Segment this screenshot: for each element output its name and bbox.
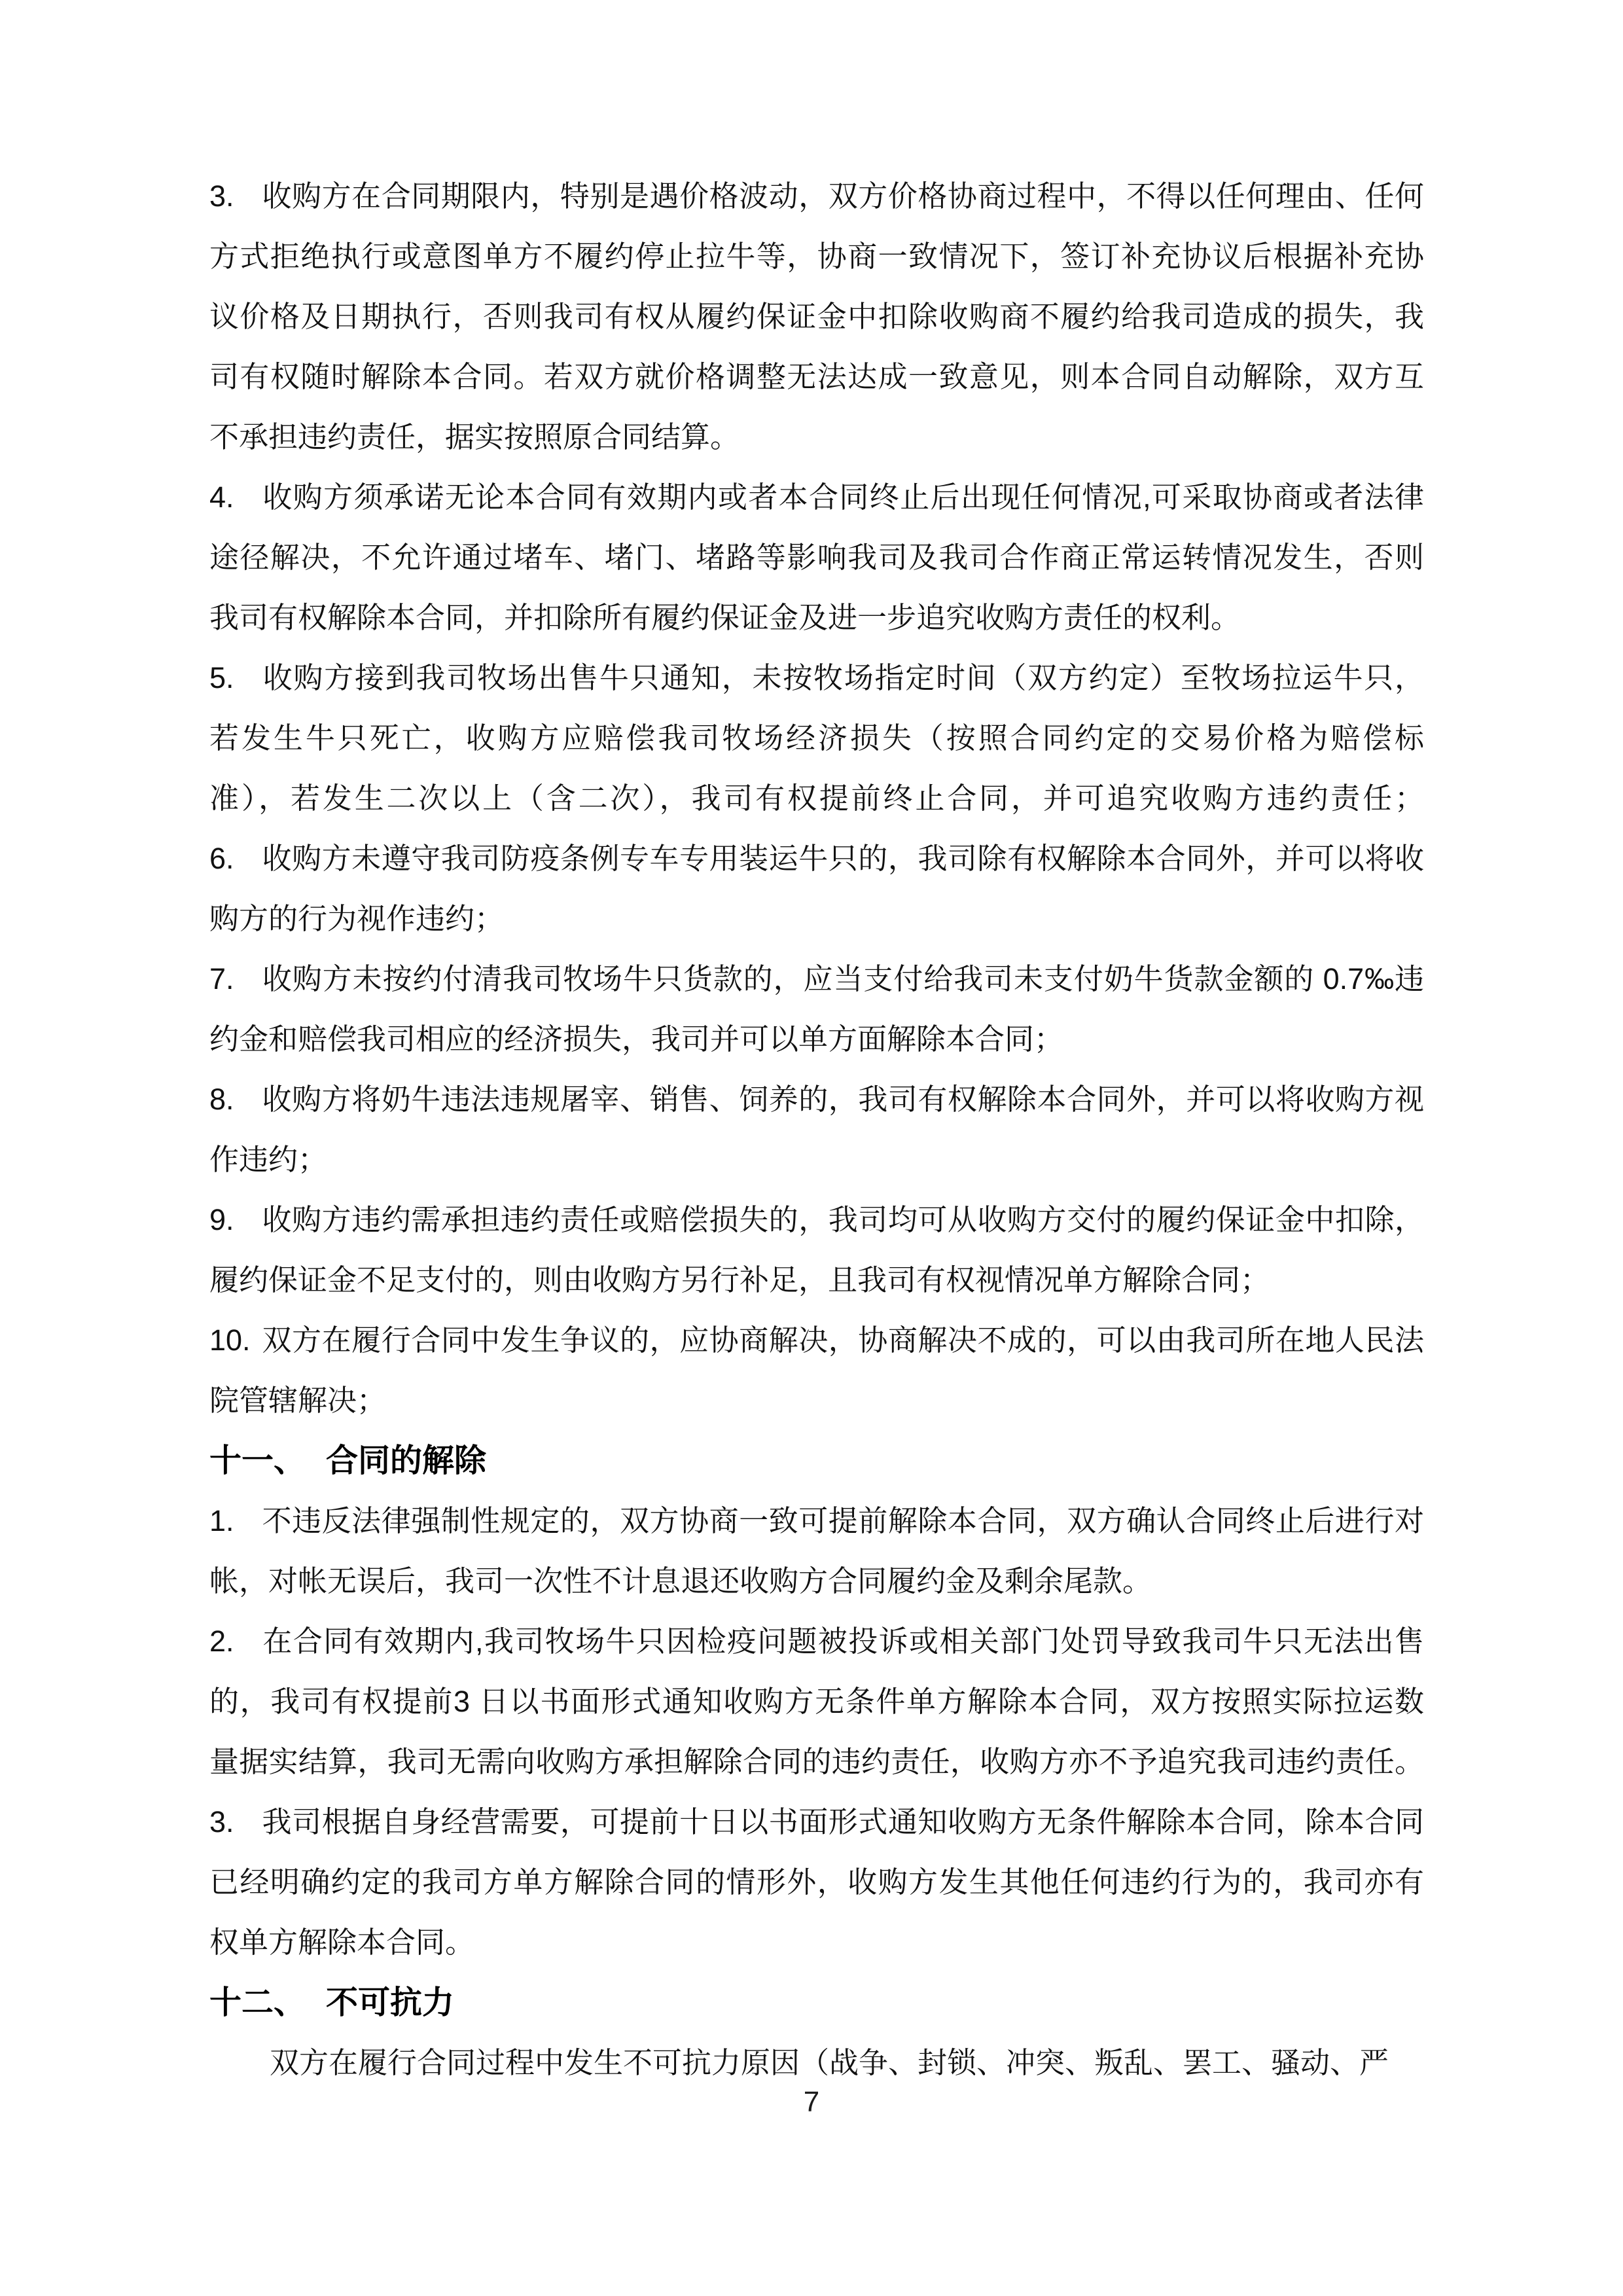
line-text: 不违反法律强制性规定的，双方协商一致可提前解除本合同，双方确认合同终止后进行对	[262, 1504, 1424, 1537]
line-text: 收购方在合同期限内，特别是遇价格波动，双方价格协商过程中，不得以任何理由、任何	[262, 179, 1424, 213]
text-line: 作违约；	[209, 1130, 1424, 1190]
line-text: 准），若发生二次以上（含二次），我司有权提前终止合同，并可追究收购方违约责任；	[209, 781, 1424, 815]
text-line: 4.收购方须承诺无论本合同有效期内或者本合同终止后出现任何情况,可采取协商或者法…	[209, 467, 1424, 528]
text-line: 1.不违反法律强制性规定的，双方协商一致可提前解除本合同，双方确认合同终止后进行…	[209, 1491, 1424, 1551]
list-number: 4.	[209, 467, 262, 528]
text-line: 6.收购方未遵守我司防疫条例专车专用装运牛只的，我司除有权解除本合同外，并可以将…	[209, 829, 1424, 889]
section-heading: 十二、不可抗力	[209, 1973, 1424, 2033]
text-line: 准），若发生二次以上（含二次），我司有权提前终止合同，并可追究收购方违约责任；	[209, 768, 1424, 829]
text-line: 司有权随时解除本合同。若双方就价格调整无法达成一致意见，则本合同自动解除，双方互	[209, 347, 1424, 407]
line-text: 已经明确约定的我司方单方解除合同的情形外，收购方发生其他任何违约行为的，我司亦有	[209, 1865, 1424, 1899]
line-text: 收购方将奶牛违法违规屠宰、销售、饲养的，我司有权解除本合同外，并可以将收购方视	[262, 1083, 1424, 1116]
text-line: 的，我司有权提前3 日以书面形式通知收购方无条件单方解除本合同，双方按照实际拉运…	[209, 1672, 1424, 1732]
line-text: 收购方未遵守我司防疫条例专车专用装运牛只的，我司除有权解除本合同外，并可以将收	[262, 842, 1424, 875]
line-text: 双方在履行合同过程中发生不可抗力原因（战争、封锁、冲突、叛乱、罢工、骚动、严	[270, 2046, 1389, 2079]
contract-document-page: 3.收购方在合同期限内，特别是遇价格波动，双方价格协商过程中，不得以任何理由、任…	[0, 0, 1623, 2296]
heading-number: 十二、	[209, 1973, 326, 2033]
text-line: 10.双方在履行合同中发生争议的，应协商解决，协商解决不成的，可以由我司所在地人…	[209, 1310, 1424, 1371]
line-text: 在合同有效期内,我司牧场牛只因检疫问题被投诉或相关部门处罚导致我司牛只无法出售	[262, 1624, 1424, 1658]
list-number: 5.	[209, 648, 262, 708]
text-line: 约金和赔偿我司相应的经济损失，我司并可以单方面解除本合同；	[209, 1009, 1424, 1069]
line-text: 双方在履行合同中发生争议的，应协商解决，协商解决不成的，可以由我司所在地人民法	[262, 1323, 1424, 1357]
line-text: 我司有权解除本合同，并扣除所有履约保证金及进一步追究收购方责任的权利。	[209, 601, 1240, 634]
line-text: 方式拒绝执行或意图单方不履约停止拉牛等，协商一致情况下，签订补充协议后根据补充协	[209, 240, 1424, 273]
line-text: 不承担违约责任，据实按照原合同结算。	[209, 420, 740, 454]
list-number: 3.	[209, 166, 262, 226]
text-line: 9.收购方违约需承担违约责任或赔偿损失的，我司均可从收购方交付的履约保证金中扣除…	[209, 1190, 1424, 1250]
line-text: 我司根据自身经营需要，可提前十日以书面形式通知收购方无条件解除本合同，除本合同	[262, 1805, 1424, 1839]
list-number: 10.	[209, 1310, 262, 1371]
text-line: 购方的行为视作违约；	[209, 889, 1424, 949]
text-line: 不承担违约责任，据实按照原合同结算。	[209, 407, 1424, 467]
heading-number: 十一、	[209, 1431, 326, 1491]
text-line: 已经明确约定的我司方单方解除合同的情形外，收购方发生其他任何违约行为的，我司亦有	[209, 1852, 1424, 1912]
list-number: 2.	[209, 1611, 262, 1672]
section-heading: 十一、合同的解除	[209, 1431, 1424, 1491]
list-number: 8.	[209, 1069, 262, 1130]
text-line: 3.收购方在合同期限内，特别是遇价格波动，双方价格协商过程中，不得以任何理由、任…	[209, 166, 1424, 226]
list-number: 9.	[209, 1190, 262, 1250]
text-line: 议价格及日期执行，否则我司有权从履约保证金中扣除收购商不履约给我司造成的损失，我	[209, 287, 1424, 347]
line-text: 帐，对帐无误后，我司一次性不计息退还收购方合同履约金及剩余尾款。	[209, 1564, 1152, 1598]
line-text: 作违约；	[209, 1143, 327, 1176]
text-line: 院管辖解决；	[209, 1371, 1424, 1431]
text-line: 8.收购方将奶牛违法违规屠宰、销售、饲养的，我司有权解除本合同外，并可以将收购方…	[209, 1069, 1424, 1130]
list-number: 3.	[209, 1792, 262, 1852]
line-text: 的，我司有权提前3 日以书面形式通知收购方无条件单方解除本合同，双方按照实际拉运…	[209, 1685, 1424, 1718]
text-line: 2.在合同有效期内,我司牧场牛只因检疫问题被投诉或相关部门处罚导致我司牛只无法出…	[209, 1611, 1424, 1672]
line-text: 权单方解除本合同。	[209, 1926, 474, 1959]
text-line: 我司有权解除本合同，并扣除所有履约保证金及进一步追究收购方责任的权利。	[209, 588, 1424, 648]
line-text: 若发生牛只死亡，收购方应赔偿我司牧场经济损失（按照合同约定的交易价格为赔偿标	[209, 721, 1424, 755]
line-text: 议价格及日期执行，否则我司有权从履约保证金中扣除收购商不履约给我司造成的损失，我	[209, 300, 1424, 333]
list-number: 7.	[209, 949, 262, 1009]
line-text: 收购方接到我司牧场出售牛只通知，未按牧场指定时间（双方约定）至牧场拉运牛只，	[262, 661, 1424, 694]
line-text: 合同的解除	[326, 1443, 486, 1479]
contract-text-block: 3.收购方在合同期限内，特别是遇价格波动，双方价格协商过程中，不得以任何理由、任…	[209, 166, 1424, 2093]
line-text: 院管辖解决；	[209, 1384, 386, 1417]
line-text: 收购方须承诺无论本合同有效期内或者本合同终止后出现任何情况,可采取协商或者法律	[262, 480, 1424, 514]
line-text: 收购方未按约付清我司牧场牛只货款的，应当支付给我司未支付奶牛货款金额的 0.7‰…	[262, 962, 1424, 996]
list-number: 6.	[209, 829, 262, 889]
page-number: 7	[0, 2083, 1623, 2122]
text-line: 5.收购方接到我司牧场出售牛只通知，未按牧场指定时间（双方约定）至牧场拉运牛只，	[209, 648, 1424, 708]
text-line: 方式拒绝执行或意图单方不履约停止拉牛等，协商一致情况下，签订补充协议后根据补充协	[209, 226, 1424, 287]
text-line: 3.我司根据自身经营需要，可提前十日以书面形式通知收购方无条件解除本合同，除本合…	[209, 1792, 1424, 1852]
text-line: 7.收购方未按约付清我司牧场牛只货款的，应当支付给我司未支付奶牛货款金额的 0.…	[209, 949, 1424, 1009]
line-text: 量据实结算，我司无需向收购方承担解除合同的违约责任，收购方亦不予追究我司违约责任…	[209, 1745, 1424, 1778]
line-text: 约金和赔偿我司相应的经济损失，我司并可以单方面解除本合同；	[209, 1022, 1063, 1056]
line-text: 履约保证金不足支付的，则由收购方另行补足，且我司有权视情况单方解除合同；	[209, 1263, 1270, 1297]
text-line: 量据实结算，我司无需向收购方承担解除合同的违约责任，收购方亦不予追究我司违约责任…	[209, 1732, 1424, 1792]
text-line: 若发生牛只死亡，收购方应赔偿我司牧场经济损失（按照合同约定的交易价格为赔偿标	[209, 708, 1424, 768]
line-text: 购方的行为视作违约；	[209, 902, 504, 935]
text-line: 权单方解除本合同。	[209, 1912, 1424, 1973]
line-text: 不可抗力	[326, 1985, 454, 2020]
text-line: 帐，对帐无误后，我司一次性不计息退还收购方合同履约金及剩余尾款。	[209, 1551, 1424, 1611]
line-text: 司有权随时解除本合同。若双方就价格调整无法达成一致意见，则本合同自动解除，双方互	[209, 360, 1424, 393]
line-text: 收购方违约需承担违约责任或赔偿损失的，我司均可从收购方交付的履约保证金中扣除，	[262, 1203, 1424, 1236]
text-line: 途径解决，不允许通过堵车、堵门、堵路等影响我司及我司合作商正常运转情况发生，否则	[209, 528, 1424, 588]
text-line: 履约保证金不足支付的，则由收购方另行补足，且我司有权视情况单方解除合同；	[209, 1250, 1424, 1310]
list-number: 1.	[209, 1491, 262, 1551]
line-text: 途径解决，不允许通过堵车、堵门、堵路等影响我司及我司合作商正常运转情况发生，否则	[209, 541, 1424, 574]
